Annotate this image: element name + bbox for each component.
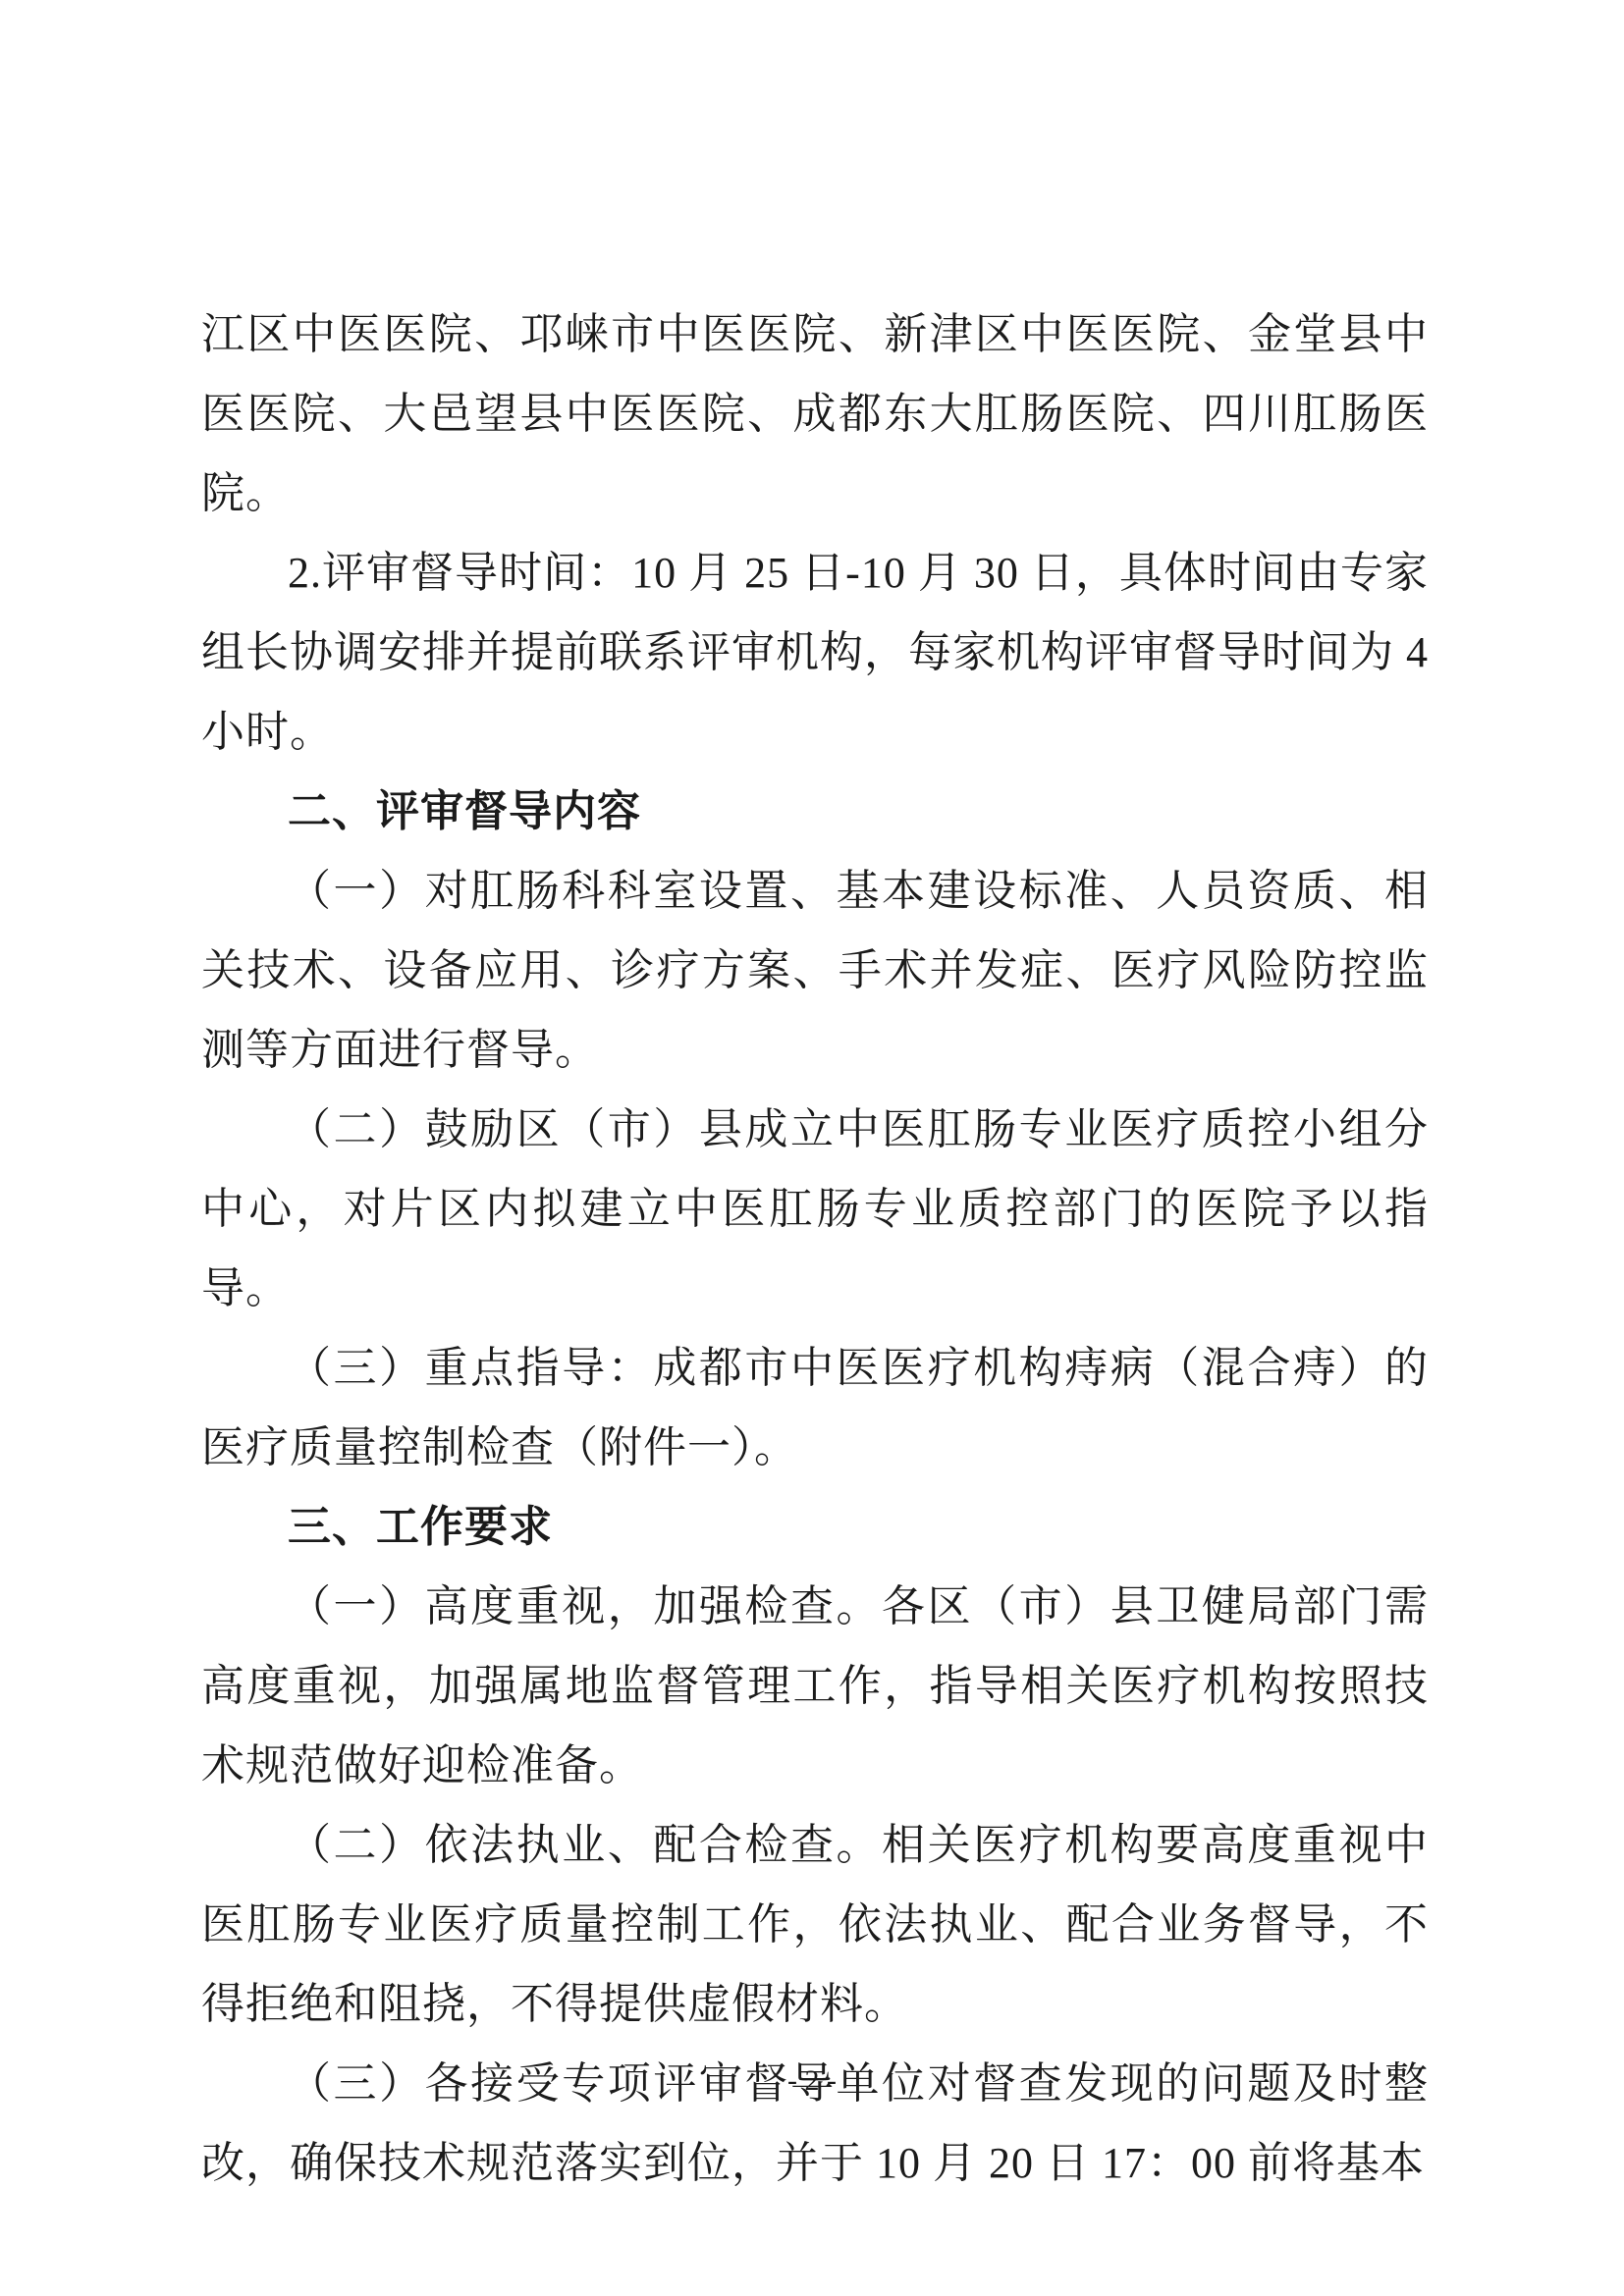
paragraph: （一）对肛肠科科室设置、基本建设标准、人员资质、相关技术、设备应用、诊疗方案、手… bbox=[201, 851, 1429, 1090]
page-number: - 2 - bbox=[0, 2061, 1624, 2101]
paragraph: （二）依法执业、配合检查。相关医疗机构要高度重视中医肛肠专业医疗质量控制工作，依… bbox=[201, 1805, 1429, 2044]
paragraph: （一）高度重视，加强检查。各区（市）县卫健局部门需高度重视，加强属地监督管理工作… bbox=[201, 1567, 1429, 1805]
document-body: 江区中医医院、邛崃市中医医院、新津区中医医院、金堂县中医医院、大邑望县中医医院、… bbox=[201, 294, 1429, 2203]
paragraph: 2.评审督导时间：10 月 25 日-10 月 30 日，具体时间由专家组长协调… bbox=[201, 533, 1429, 772]
document-page: 江区中医医院、邛崃市中医医院、新津区中医医院、金堂县中医医院、大邑望县中医医院、… bbox=[0, 0, 1624, 2296]
section-heading: 二、评审督导内容 bbox=[201, 772, 1429, 851]
paragraph: （二）鼓励区（市）县成立中医肛肠专业医疗质控小组分中心，对片区内拟建立中医肛肠专… bbox=[201, 1090, 1429, 1328]
section-heading: 三、工作要求 bbox=[201, 1487, 1429, 1567]
paragraph: （三）重点指导：成都市中医医疗机构痔病（混合痔）的医疗质量控制检查（附件一）。 bbox=[201, 1328, 1429, 1487]
paragraph: 江区中医医院、邛崃市中医医院、新津区中医医院、金堂县中医医院、大邑望县中医医院、… bbox=[201, 294, 1429, 533]
